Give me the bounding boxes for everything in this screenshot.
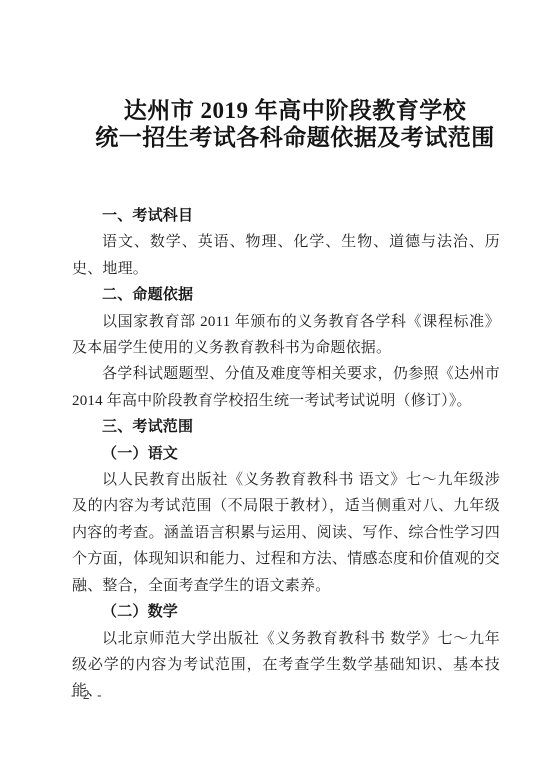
paragraph-math-scope: 以北京师范大学出版社《义务教育教科书 数学》七～九年级必学的内容为考试范围，在考…: [72, 626, 500, 705]
title-line-2: 统一招生考试各科命题依据及考试范围: [80, 124, 510, 151]
paragraph-exam-subjects: 语文、数学、英语、物理、化学、生物、道德与法治、历史、地理。: [72, 229, 500, 282]
subsection-heading-chinese: （一）语文: [72, 441, 500, 467]
subsection-heading-math: （二）数学: [72, 599, 500, 625]
section-heading-proposition-basis: 二、命题依据: [72, 282, 500, 308]
document-page: 达州市 2019 年高中阶段教育学校 统一招生考试各科命题依据及考试范围 一、考…: [0, 0, 550, 777]
section-heading-exam-scope: 三、考试范围: [72, 414, 500, 440]
title-line-1: 达州市 2019 年高中阶段教育学校: [80, 97, 510, 124]
paragraph-chinese-scope: 以人民教育出版社《义务教育教科书 语文》七～九年级涉及的内容为考试范围（不局限于…: [72, 467, 500, 599]
page-title: 达州市 2019 年高中阶段教育学校 统一招生考试各科命题依据及考试范围: [80, 97, 510, 151]
document-body: 一、考试科目 语文、数学、英语、物理、化学、生物、道德与法治、历史、地理。 二、…: [72, 203, 500, 705]
page-number: - 2 -: [71, 687, 104, 703]
paragraph-proposition-basis-2: 各学科试题题型、分值及难度等相关要求，仍参照《达州市 2014 年高中阶段教育学…: [72, 361, 500, 414]
paragraph-proposition-basis-1: 以国家教育部 2011 年颁布的义务教育各学科《课程标准》及本届学生使用的义务教…: [72, 309, 500, 362]
section-heading-exam-subjects: 一、考试科目: [72, 203, 500, 229]
